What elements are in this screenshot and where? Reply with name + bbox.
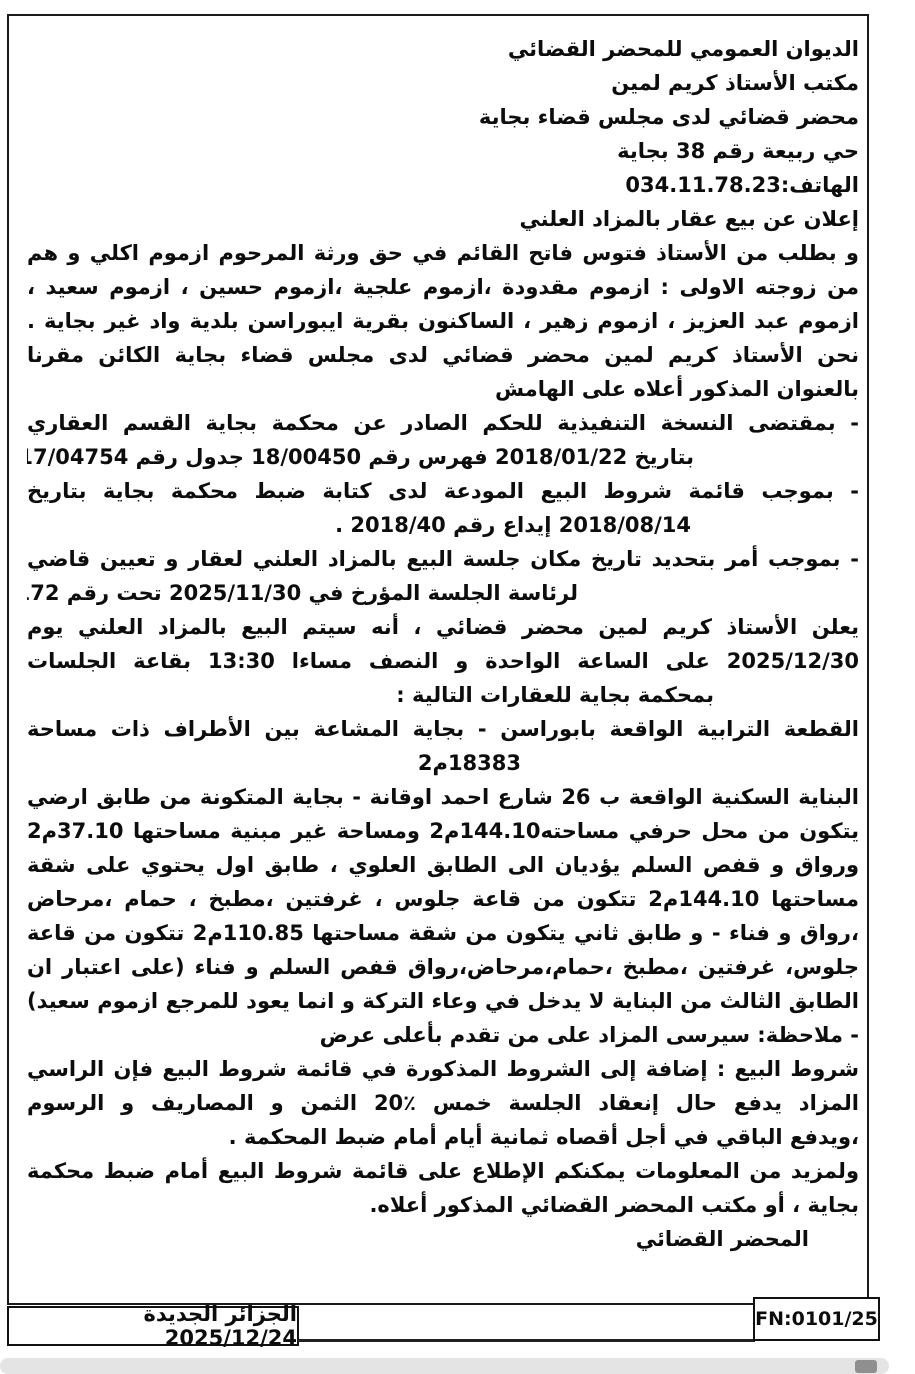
- office-holder-line: مكتب الأستاذ كريم لمين: [27, 66, 859, 100]
- body-line: البناية السكنية الواقعة ب 26 شارع احمد ا…: [27, 780, 859, 814]
- office-address-line: حي ربيعة رقم 38 بجاية: [27, 134, 859, 168]
- body-line: - بموجب أمر بتحديد تاريخ مكان جلسة البيع…: [27, 542, 859, 576]
- newspaper-date-label: الجزائر الجديدة 2025/12/24: [9, 1302, 297, 1350]
- body-line-plot-area: 18383م2: [27, 746, 859, 780]
- body-line-note: - ملاحظة: سيرسى المزاد على من تقدم بأعلى…: [27, 1018, 859, 1052]
- body-line-order-ref: لرئاسة الجلسة المؤرخ في 2025/11/30 تحت ر…: [27, 576, 859, 610]
- body-line: ازموم عبد العزيز ، ازموم زهير ، الساكنون…: [27, 304, 859, 338]
- body-line: ورواق و قفص السلم يؤديان الى الطابق العل…: [27, 848, 859, 882]
- body-line: يعلن الأستاذ كريم لمين محضر قضائي ، أنه …: [27, 610, 859, 644]
- body-line: ،رواق و فناء - و طابق ثاني يتكون من شقة …: [27, 916, 859, 950]
- body-line: - بموجب قائمة شروط البيع المودعة لدى كتا…: [27, 474, 859, 508]
- footer-divider-line: [297, 1339, 755, 1342]
- body-line: ولمزيد من المعلومات يمكنكم الإطلاع على ق…: [27, 1154, 859, 1188]
- office-role-line: محضر قضائي لدى مجلس قضاء بجاية: [27, 100, 859, 134]
- horizontal-scrollbar-track[interactable]: [0, 1358, 889, 1373]
- body-line: بجاية ، أو مكتب المحضر القضائي المذكور أ…: [27, 1188, 859, 1222]
- body-line-auction-datetime: 2025/12/30 على الساعة الواحدة و النصف مس…: [27, 644, 859, 678]
- body-line: القطعة الترابية الواقعة بابوراسن - بجاية…: [27, 712, 859, 746]
- body-line: بمحكمة بجاية للعقارات التالية :: [27, 678, 859, 712]
- body-line: نحن الأستاذ كريم لمين محضر قضائي لدى مجل…: [27, 338, 859, 372]
- reference-number-box: FN:0101/25: [753, 1297, 880, 1341]
- document-viewer-page: الديوان العمومي للمحضر القضائي مكتب الأس…: [0, 0, 915, 1373]
- horizontal-scrollbar-thumb[interactable]: [855, 1360, 877, 1373]
- body-line: بالعنوان المذكور أعلاه على الهامش: [27, 372, 859, 406]
- body-line-sale-terms: شروط البيع : إضافة إلى الشروط المذكورة ف…: [27, 1052, 859, 1086]
- body-line: من زوجته الاولى : ازموم مقدودة ،ازموم عل…: [27, 270, 859, 304]
- notice-title: إعلان عن بيع عقار بالمزاد العلني: [27, 202, 859, 236]
- body-line-deposit-ref: 2018/08/14 إيداع رقم 2018/40 .: [27, 508, 859, 542]
- office-name-line: الديوان العمومي للمحضر القضائي: [27, 32, 859, 66]
- body-line: و بطلب من الأستاذ فتوس فاتح القائم في حق…: [27, 236, 859, 270]
- reference-number-label: FN:0101/25: [755, 1308, 878, 1330]
- signature-line: المحضر القضائي: [27, 1222, 859, 1256]
- body-line: الطابق الثالث من البناية لا يدخل في وعاء…: [27, 984, 859, 1018]
- legal-notice-frame: الديوان العمومي للمحضر القضائي مكتب الأس…: [7, 14, 869, 1305]
- body-line: - بمقتضى النسخة التنفيذية للحكم الصادر ع…: [27, 406, 859, 440]
- body-line: ،ويدفع الباقي في أجل أقصاه ثمانية أيام أ…: [27, 1120, 859, 1154]
- body-line: جلوس، غرفتين ،مطبخ ،حمام،مرحاض،رواق قفص …: [27, 950, 859, 984]
- body-line-judgment-ref: بتاريخ 2018/01/22 فهرس رقم 18/00450 جدول…: [27, 440, 859, 474]
- body-line: المزاد يدفع حال إنعقاد الجلسة خمس ٪20 ال…: [27, 1086, 859, 1120]
- newspaper-date-box: الجزائر الجديدة 2025/12/24: [7, 1306, 299, 1346]
- office-phone-line: الهاتف:034.11.78.23: [27, 168, 859, 202]
- body-line: يتكون من محل حرفي مساحته144.10م2 ومساحة …: [27, 814, 859, 848]
- body-line: مساحتها 144.10م2 تتكون من قاعة جلوس ، غر…: [27, 882, 859, 916]
